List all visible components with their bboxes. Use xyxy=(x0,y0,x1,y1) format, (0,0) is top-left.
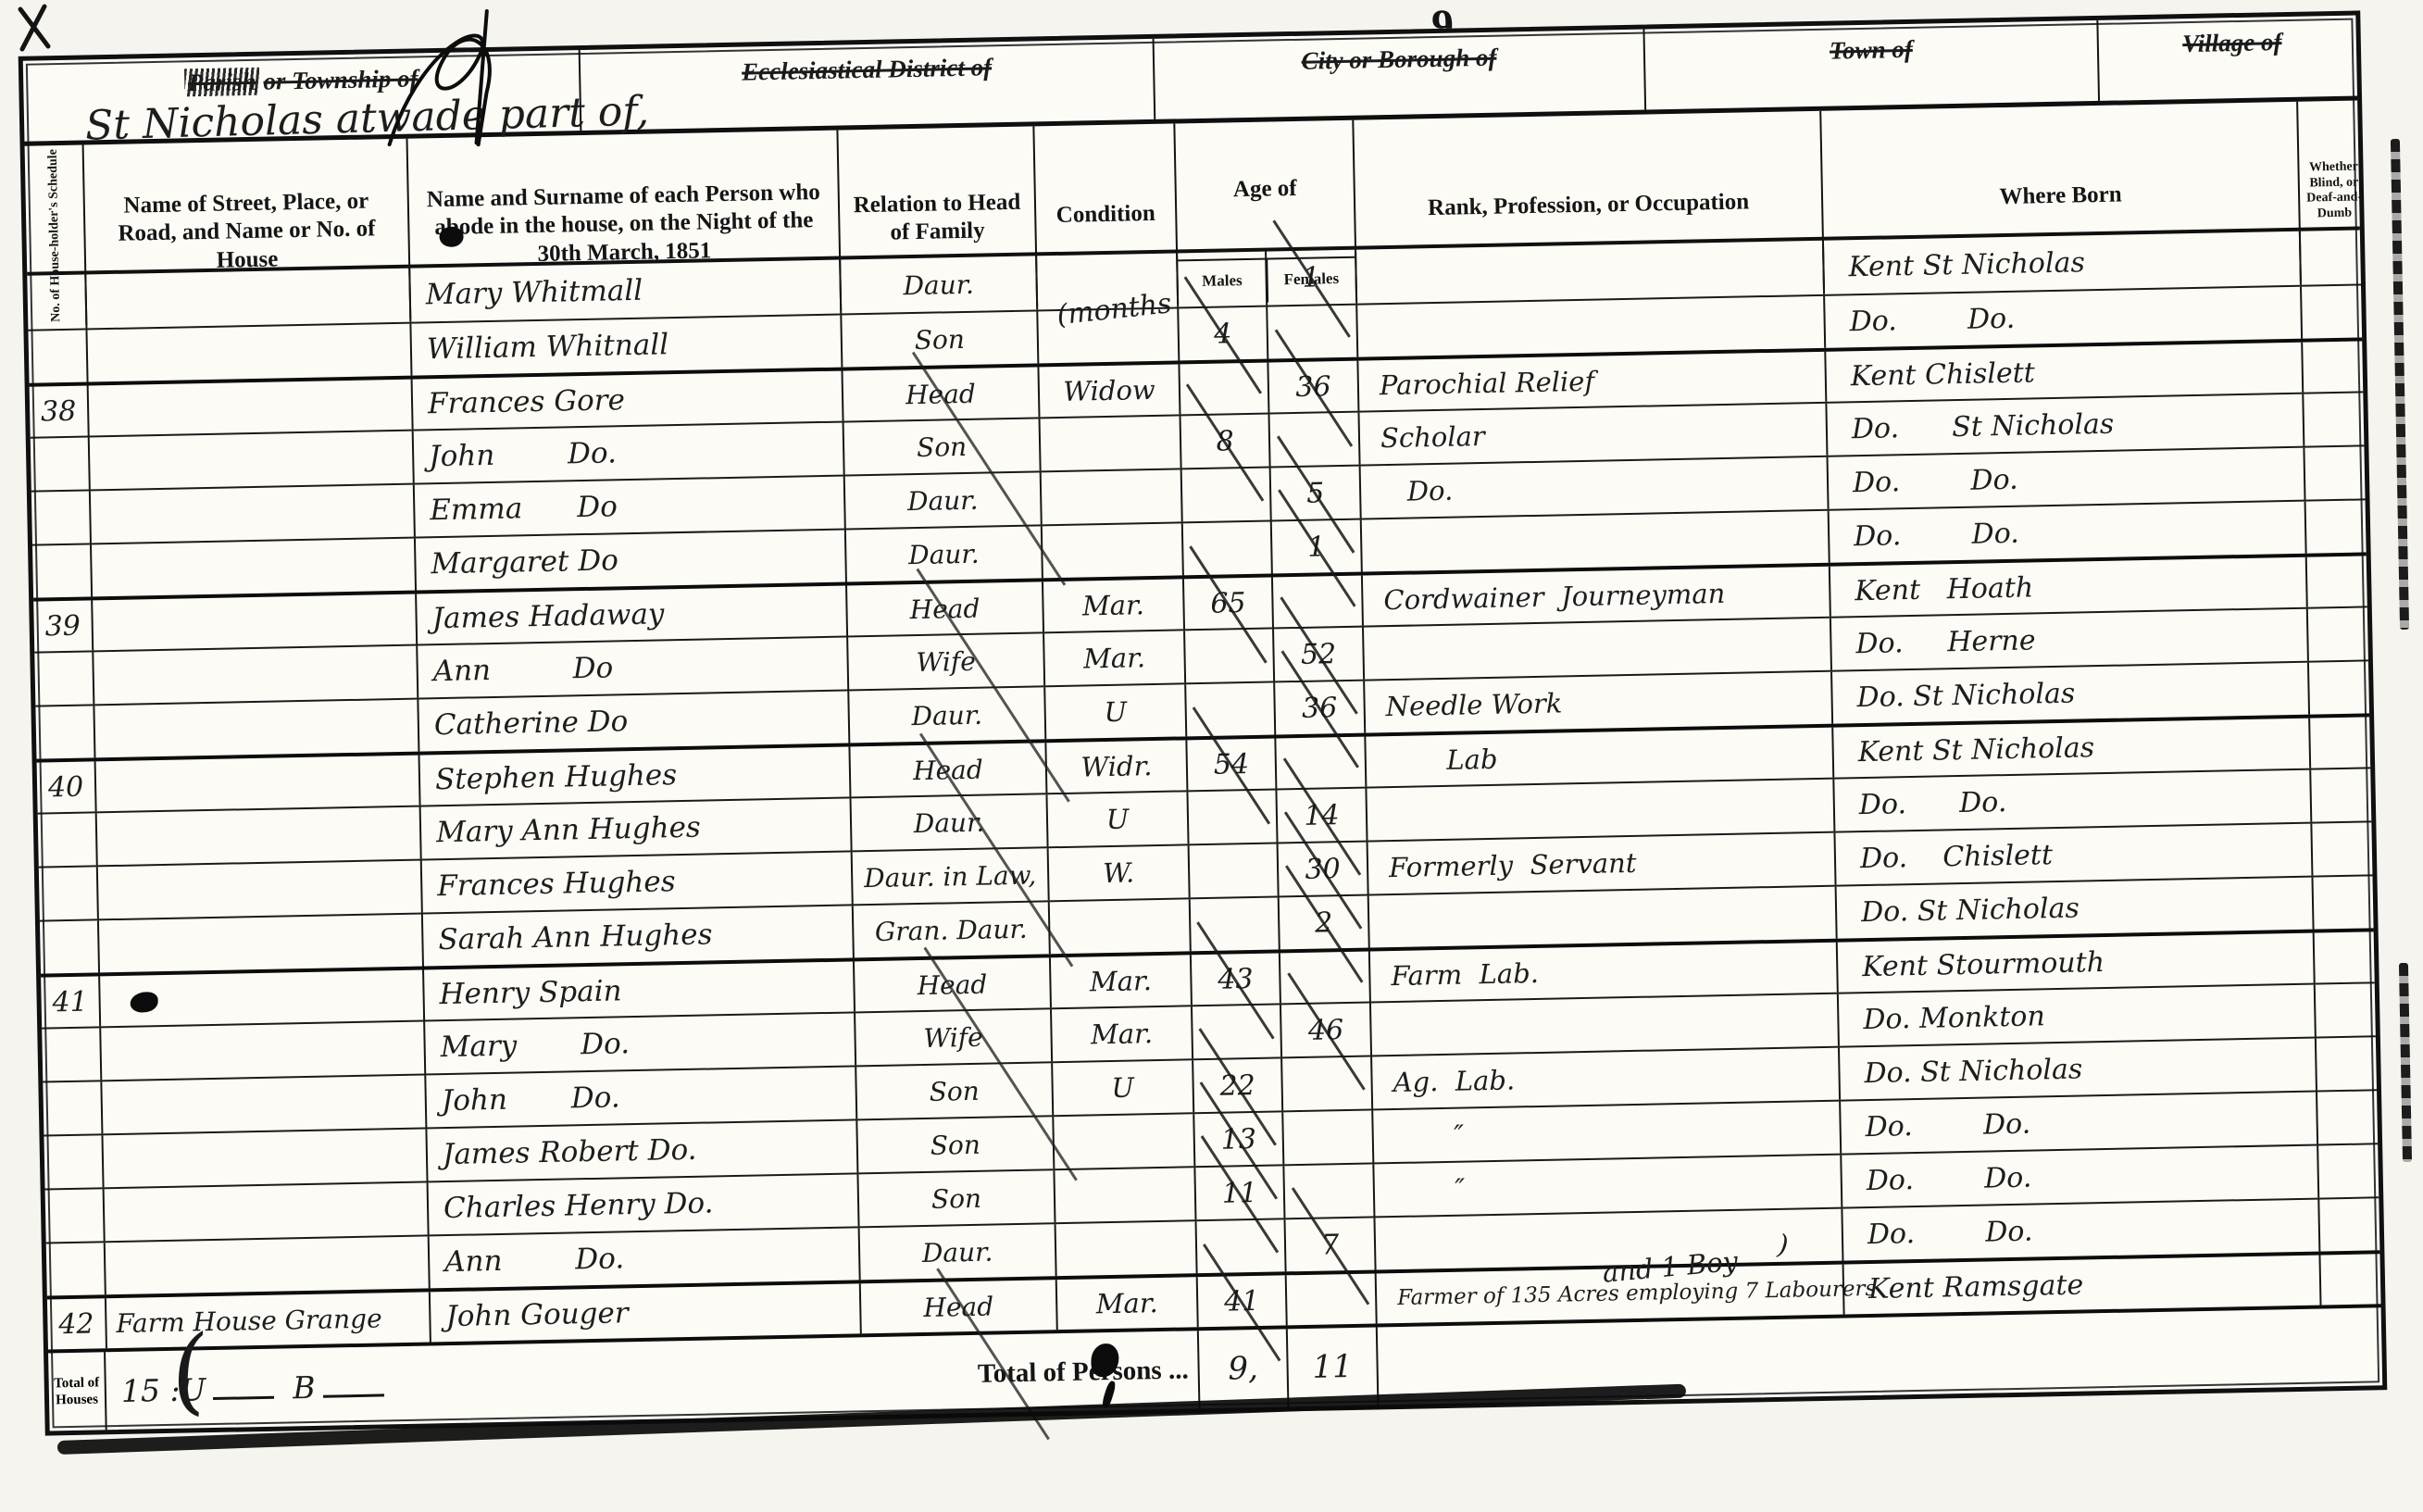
cell-infirmity xyxy=(2299,230,2370,284)
cell-where-born: Kent Hoath xyxy=(1829,557,2306,617)
cell-infirmity xyxy=(2309,768,2380,821)
cell-schedule-number: 39 xyxy=(33,600,92,651)
cell-relation: Daur. in Law, xyxy=(851,848,1048,904)
cell-age-male: 11 xyxy=(1193,1166,1283,1219)
cell-condition xyxy=(1052,1114,1193,1168)
cell-age-female: 30 xyxy=(1277,843,1368,896)
cell-street xyxy=(85,324,410,382)
cell-age-male: 13 xyxy=(1193,1112,1282,1166)
cell-occupation: Ag. Lab. xyxy=(1370,1048,1839,1109)
cell-relation: Wife xyxy=(854,1009,1051,1065)
cell-infirmity xyxy=(2308,717,2379,768)
cell-condition: U xyxy=(1045,792,1187,846)
building-blank-line xyxy=(323,1391,384,1397)
cell-schedule-number xyxy=(45,1189,104,1242)
cell-age-male: 54 xyxy=(1185,738,1275,790)
cell-schedule-number xyxy=(31,491,90,544)
cell-relation: Head xyxy=(848,743,1045,796)
cell-occupation: ″ xyxy=(1371,1102,1840,1163)
cell-occupation: Farmer of 135 Acres employing 7 Labourer… xyxy=(1375,1265,1843,1324)
cell-infirmity xyxy=(2314,983,2385,1036)
cell-street xyxy=(89,485,414,544)
cell-infirmity xyxy=(2317,1144,2388,1197)
census-rows: Mary Whitmall Daur. 1 Kent St Nicholas xyxy=(27,230,2380,1349)
cell-occupation: Farm Lab. xyxy=(1368,943,1837,1002)
cell-relation: Daur. xyxy=(839,256,1036,313)
cell-age-female: 36 xyxy=(1273,681,1364,735)
cell-street xyxy=(94,756,419,812)
cell-relation: Daur. xyxy=(858,1224,1055,1280)
cell-where-born: Kent St Nicholas xyxy=(1831,719,2309,778)
cell-street xyxy=(104,1236,429,1294)
cell-relation: Son xyxy=(856,1117,1053,1172)
cell-person-name: Frances Gore xyxy=(411,371,843,430)
cell-street xyxy=(103,1182,428,1241)
cell-where-born: Do. Herne xyxy=(1830,609,2307,670)
cell-age-female xyxy=(1268,413,1358,467)
cell-condition: Mar. xyxy=(1043,631,1184,685)
cell-infirmity xyxy=(2313,931,2384,982)
cell-where-born: Do. Chislett xyxy=(1833,824,2311,885)
town-label: Town of xyxy=(1830,35,1913,66)
cell-schedule-number xyxy=(40,920,98,973)
cell-infirmity xyxy=(2301,341,2372,392)
cell-where-born: Do. Do. xyxy=(1823,287,2301,348)
cell-infirmity xyxy=(2315,1037,2386,1090)
cell-person-name: Catherine Do xyxy=(417,691,848,751)
cell-schedule-number xyxy=(32,544,91,597)
cell-infirmity xyxy=(2303,446,2374,499)
cell-schedule-number: 41 xyxy=(41,976,99,1027)
cell-where-born: Do. Do. xyxy=(1839,1093,2317,1154)
cell-age-female: 1 xyxy=(1265,250,1355,306)
cell-age-male: (months 4 xyxy=(1177,307,1267,361)
cell-relation: Head xyxy=(841,367,1038,420)
cell-where-born: Do. St Nicholas xyxy=(1835,878,2313,939)
cell-schedule-number xyxy=(42,1028,100,1081)
cell-relation: Wife xyxy=(846,633,1043,689)
cell-schedule-number xyxy=(39,867,97,919)
cell-schedule-number xyxy=(46,1243,105,1295)
cell-where-born: Do. Monkton xyxy=(1837,985,2315,1046)
cell-condition: U xyxy=(1043,684,1185,739)
cell-condition: Mar. xyxy=(1050,1006,1192,1061)
cell-person-name: John Do. xyxy=(424,1067,856,1127)
cell-age-male xyxy=(1184,683,1274,737)
cell-person-name: James Hadaway xyxy=(415,586,846,644)
cell-age-female xyxy=(1282,1165,1373,1218)
cell-schedule-number: 40 xyxy=(37,761,95,812)
cell-age-female xyxy=(1279,952,1369,1004)
cell-where-born: Do. Do. xyxy=(1841,1200,2318,1261)
cell-person-name: Mary Ann Hughes xyxy=(419,798,851,858)
cell-age-male: 41 xyxy=(1196,1275,1286,1327)
cell-street xyxy=(93,700,418,758)
cell-infirmity xyxy=(2300,285,2371,338)
cell-occupation xyxy=(1355,296,1824,357)
cell-person-name: Frances Hughes xyxy=(420,852,852,912)
cell-occupation xyxy=(1360,511,1829,572)
cell-age-male xyxy=(1176,252,1266,307)
cell-schedule-number xyxy=(43,1081,101,1134)
cell-infirmity xyxy=(2302,393,2373,445)
cell-occupation: Lab xyxy=(1364,728,1832,787)
cell-relation: Daur. xyxy=(844,526,1042,581)
cell-age-female xyxy=(1266,306,1356,359)
cell-occupation xyxy=(1369,994,1838,1056)
cell-person-name: Charles Henry Do. xyxy=(427,1174,858,1234)
cell-street xyxy=(90,539,415,597)
cell-occupation: ″ xyxy=(1372,1156,1841,1217)
cell-age-female: 46 xyxy=(1280,1004,1370,1057)
pen-flourish xyxy=(367,6,536,148)
cell-age-female: 14 xyxy=(1275,789,1366,843)
pen-parenthesis: ) xyxy=(1776,1228,1789,1260)
cell-relation: Head xyxy=(859,1280,1056,1333)
cell-schedule-number xyxy=(31,437,89,490)
cell-infirmity xyxy=(2305,556,2377,606)
cell-condition: U xyxy=(1051,1060,1193,1115)
cell-person-name: Ann Do. xyxy=(428,1228,859,1288)
cell-condition xyxy=(1055,1221,1196,1276)
cell-street xyxy=(99,1022,424,1081)
cell-occupation: Needle Work xyxy=(1363,672,1831,733)
cell-schedule-number xyxy=(28,331,86,383)
cell-street xyxy=(96,861,421,919)
cell-occupation: Formerly Servant xyxy=(1367,833,1835,894)
cell-where-born: Do. Do. xyxy=(1840,1146,2317,1207)
cell-age-female: 5 xyxy=(1269,467,1360,520)
building-letter: B xyxy=(293,1368,316,1405)
cell-relation: Daur. xyxy=(843,472,1041,528)
cell-age-male xyxy=(1178,363,1268,415)
cell-age-male xyxy=(1186,790,1276,843)
cell-age-female: 52 xyxy=(1272,628,1363,681)
cell-person-name: John Do. xyxy=(412,423,843,483)
cell-where-born: Do. St Nicholas xyxy=(1838,1039,2316,1100)
cell-street xyxy=(92,646,417,705)
cell-person-name: Mary Whitmall xyxy=(408,260,840,322)
cell-age-female xyxy=(1274,737,1365,789)
cell-where-born: Do. Do. xyxy=(1828,502,2305,563)
cell-person-name: John Gouger xyxy=(429,1283,860,1342)
cell-occupation: Do. xyxy=(1359,457,1828,519)
cell-infirmity xyxy=(2317,1198,2389,1251)
cell-schedule-number xyxy=(27,275,85,330)
village-label: Village of xyxy=(2182,28,2282,58)
cell-person-name: James Robert Do. xyxy=(425,1120,856,1181)
cell-condition: Mar. xyxy=(1042,579,1183,631)
cell-occupation xyxy=(1368,887,1836,948)
cell-occupation xyxy=(1362,619,1830,680)
cell-where-born: Do. Do. xyxy=(1832,770,2310,831)
cell-condition xyxy=(1053,1168,1194,1222)
cell-age-male xyxy=(1181,522,1271,576)
cell-infirmity xyxy=(2306,607,2378,660)
cell-condition xyxy=(1039,416,1180,470)
census-form: Parish or Township of St Nicholas atwade… xyxy=(19,10,2388,1435)
cell-age-male xyxy=(1191,1005,1280,1058)
total-of-houses-value: ( 15 : U B xyxy=(106,1345,431,1430)
cell-person-name: Ann Do xyxy=(416,638,847,698)
cell-relation: Daur. xyxy=(850,794,1047,850)
cell-where-born: Kent Ramsgate xyxy=(1842,1256,2320,1315)
cell-where-born: Do. St Nicholas xyxy=(1825,394,2303,456)
uninhabited-blank-line xyxy=(213,1393,274,1400)
header-city-cell: City or Borough of xyxy=(1153,30,1645,119)
cell-person-name: William Whitnall xyxy=(409,316,841,376)
header-village-cell: Village of xyxy=(2096,15,2367,101)
cell-schedule-number: 42 xyxy=(47,1298,106,1349)
cell-condition: Widow xyxy=(1037,364,1179,417)
cell-occupation xyxy=(1355,241,1823,304)
cell-relation: Head xyxy=(853,957,1050,1011)
cell-age-female: 1 xyxy=(1270,520,1361,574)
cell-condition xyxy=(1048,899,1190,954)
cell-occupation: Cordwainer Journeyman xyxy=(1361,567,1830,626)
cell-street xyxy=(91,594,416,651)
city-borough-label: City or Borough of xyxy=(1301,44,1496,76)
cell-age-male xyxy=(1189,897,1279,951)
census-scan: 9 Parish or Township of St Nicholas atwa… xyxy=(0,0,2423,1512)
cell-person-name: Henry Spain xyxy=(422,961,854,1019)
header-ecclesiastical-cell: Ecclesiastical District of xyxy=(579,39,1155,131)
scan-edge-mark xyxy=(2391,139,2409,630)
cell-condition: Mar. xyxy=(1049,955,1191,1007)
cell-age-female: 36 xyxy=(1267,361,1357,413)
cell-where-born: Kent St Nicholas xyxy=(1822,231,2300,294)
cell-street xyxy=(88,431,413,490)
cell-age-male: 22 xyxy=(1192,1058,1281,1112)
cell-age-male xyxy=(1195,1219,1285,1273)
cell-street xyxy=(100,1076,425,1134)
cell-age-female xyxy=(1281,1111,1372,1165)
scan-edge-mark xyxy=(2399,963,2412,1162)
cell-infirmity xyxy=(2316,1091,2387,1143)
cell-person-name: Mary Do. xyxy=(423,1013,855,1073)
cell-age-male: 43 xyxy=(1190,953,1280,1005)
ecclesiastical-label: Ecclesiastical District of xyxy=(742,53,993,86)
cell-condition xyxy=(1040,469,1181,524)
total-males: 9, xyxy=(1197,1329,1288,1408)
cell-infirmity xyxy=(2318,1254,2390,1305)
cell-age-male xyxy=(1183,630,1273,683)
cell-relation: Son xyxy=(843,419,1040,474)
cell-schedule-number xyxy=(38,813,96,866)
cell-infirmity xyxy=(2310,822,2381,875)
cell-relation: Son xyxy=(840,311,1037,367)
cell-condition xyxy=(1041,523,1182,578)
cell-age-male: 65 xyxy=(1182,578,1272,630)
cell-age-male: 8 xyxy=(1180,415,1269,469)
parish-label-scribbled: Parish xyxy=(184,68,260,97)
age-of-label: Age of xyxy=(1175,120,1355,259)
cell-person-name: Sarah Ann Hughes xyxy=(421,906,853,966)
cell-age-female: 7 xyxy=(1284,1218,1375,1271)
cell-street xyxy=(97,915,422,973)
cell-where-born: Kent Chislett xyxy=(1824,343,2302,402)
cell-age-female xyxy=(1271,576,1362,628)
cell-person-name: Margaret Do xyxy=(414,531,845,591)
cell-infirmity xyxy=(2307,661,2379,714)
cell-person-name: Stephen Hughes xyxy=(418,746,850,805)
cell-age-female xyxy=(1285,1273,1376,1325)
total-of-houses-label: Total of Houses xyxy=(48,1352,107,1431)
cell-schedule-number xyxy=(44,1135,102,1188)
cell-occupation: Parochial Relief xyxy=(1356,352,1825,411)
cell-condition: W. xyxy=(1047,845,1189,900)
cell-infirmity xyxy=(2311,876,2382,929)
cell-occupation xyxy=(1365,780,1833,841)
cell-person-name: Emma Do xyxy=(413,477,844,537)
cell-schedule-number xyxy=(35,706,94,758)
cell-schedule-number xyxy=(34,652,93,705)
cell-age-male xyxy=(1180,469,1270,522)
cell-infirmity xyxy=(2304,500,2376,553)
cell-where-born: Kent Stourmouth xyxy=(1836,933,2314,993)
cell-relation: Gran. Daur. xyxy=(852,902,1049,957)
cell-occupation: Scholar xyxy=(1357,404,1826,465)
cell-schedule-number: 38 xyxy=(30,385,88,436)
cell-street xyxy=(87,380,412,436)
cell-relation: Head xyxy=(845,581,1043,635)
cell-age-male xyxy=(1188,843,1278,897)
cell-condition: Mar. xyxy=(1055,1277,1197,1330)
cell-where-born: Do. St Nicholas xyxy=(1830,663,2308,724)
pen-cross-mark xyxy=(15,4,56,52)
cell-condition: Widr. xyxy=(1044,740,1186,793)
cell-age-female xyxy=(1280,1057,1371,1111)
cell-where-born: Do. Do. xyxy=(1827,448,2304,509)
cell-relation: Son xyxy=(855,1063,1052,1118)
cell-street xyxy=(101,1129,426,1187)
cell-street xyxy=(95,807,420,866)
cell-street xyxy=(84,269,409,329)
header-town-cell: Town of xyxy=(1642,20,2098,110)
cell-relation: Daur. xyxy=(847,687,1044,743)
cell-age-female: 2 xyxy=(1278,896,1368,950)
cell-street: Farm House Grange xyxy=(105,1292,430,1348)
cell-relation: Son xyxy=(856,1170,1054,1226)
